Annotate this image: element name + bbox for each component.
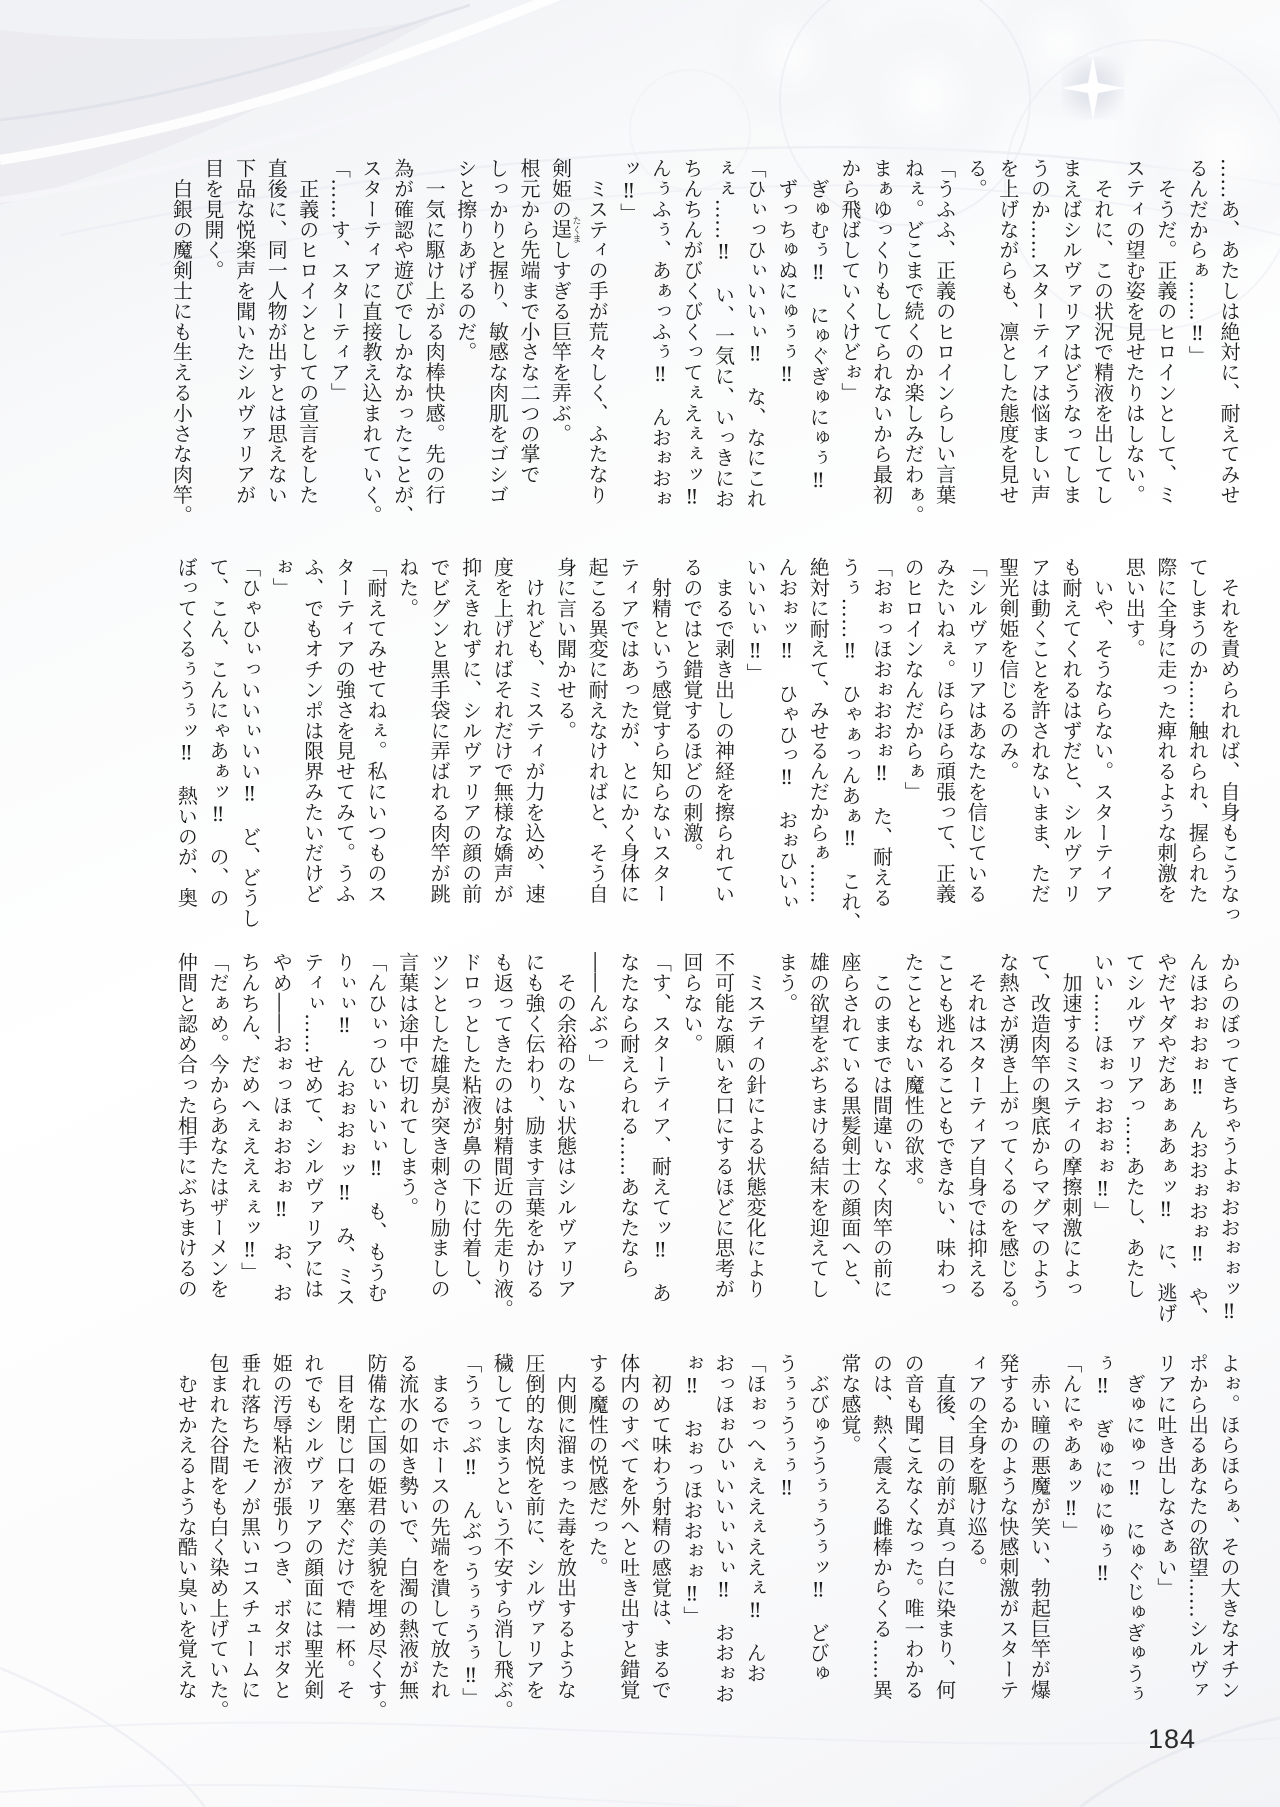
text-column: 度を上げればそれだけで無様な嬌声が	[486, 557, 518, 911]
text-column: 身に言い聞かせる。	[549, 557, 581, 911]
text-column: を上げながらも、凛とした態度を見せ	[991, 158, 1023, 512]
text-column: 穢してしまうという不安すら消し飛ぶ。	[486, 1353, 518, 1707]
text-column: んおぉッ‼ ひゃひっ‼ おぉひいぃ	[770, 557, 802, 911]
text-column: んほおぉおぉ‼ んおおぉおぉ‼ や、	[1181, 952, 1213, 1306]
text-column: ポから出るあなたの欲望……シルヴァ	[1181, 1353, 1213, 1707]
text-column: にも強く伝わり、励ます言葉をかける	[517, 952, 549, 1306]
text-column: のは、熱く震える雌棒からくる……異	[865, 1353, 897, 1707]
text-column: ツンとした雄臭が突き刺さり励ましの	[423, 952, 455, 1306]
text-column: からのぼってきちゃうよぉおおぉぉッ‼	[1212, 952, 1244, 1306]
text-column: 「……す、スターティア」	[323, 158, 355, 512]
text-column: ミスティの針による状態変化により	[739, 952, 771, 1306]
text-column: 下品な悦楽声を聞いたシルヴァリアが	[228, 158, 260, 512]
text-column: 直後に、同一人物が出すとは思えない	[260, 158, 292, 512]
text-column: ィアの全身を駆け巡る。	[960, 1353, 992, 1707]
text-column: 不可能な願いを口にするほどに思考が	[707, 952, 739, 1306]
text-column: 一気に駆け上がる肉棒快感。先の行	[418, 158, 450, 512]
text-column: 圧倒的な肉悦を前に、シルヴァリアを	[517, 1353, 549, 1707]
page-number: 184	[1148, 1724, 1196, 1755]
text-band-1: ……あ、あたしは絶対に、耐えてみせるんだからぁ……‼」 そうだ。正義のヒロインと…	[140, 158, 1244, 512]
text-column: も返ってきたのは射精間近の先走り液。	[486, 952, 518, 1306]
text-column: たこともない魔性の欲求。	[896, 952, 928, 1306]
text-column: てシルヴァリアっ……あたし、あたし	[1118, 952, 1150, 1306]
text-column: 赤い瞳の悪魔が笑い、勃起巨竿が爆	[1023, 1353, 1055, 1707]
text-column: 射精という感覚すら知らないスター	[644, 557, 676, 911]
text-column: しっかりと握り、敏感な肉肌をゴシゴ	[481, 158, 513, 512]
text-band-4: よぉ。ほらほらぁ、その大きなオチンポから出るあなたの欲望……シルヴァリアに吐き出…	[140, 1353, 1244, 1707]
text-column: 雄の欲望をぶちまける結末を迎えてし	[802, 952, 834, 1306]
text-column: よぉ。ほらほらぁ、その大きなオチン	[1212, 1353, 1244, 1707]
text-column: 白銀の魔剣士にも生える小さな肉竿。	[165, 158, 197, 512]
text-column: 正義のヒロインとしての宣言をした	[291, 158, 323, 512]
text-column: それはスターティア自身では抑える	[960, 952, 992, 1306]
text-column: いや、そうならない。スターティア	[1086, 557, 1118, 911]
text-column: 根元から先端まで小さな二つの掌で	[512, 158, 544, 512]
text-column: する魔性の悦感だった。	[581, 1353, 613, 1707]
text-column: 内側に溜まった毒を放出するような	[549, 1353, 581, 1707]
text-column: る。	[960, 158, 992, 512]
text-column: いい……ほぉっおおぉぉ‼」	[1086, 952, 1118, 1306]
text-column: 常な感覚。	[833, 1353, 865, 1707]
text-column: ちんちんがびくびくってぇえぇぇッ‼	[675, 158, 707, 512]
text-column: その余裕のない状態はシルヴァリア	[549, 952, 581, 1306]
text-column: ぇぇ……‼ い、一気に、いっきにお	[707, 158, 739, 512]
text-column: シと擦りあげるのだ。	[449, 158, 481, 512]
text-column: 垂れ落ちたモノが黒いコスチュームに	[233, 1353, 265, 1707]
text-column: アは動くことを許されないまま、ただ	[1023, 557, 1055, 911]
text-column: ねぇ。どこまで続くのか楽しみだわぁ。	[896, 158, 928, 512]
text-column: 「んひぃっひぃいいぃ‼ も、もうむ	[359, 952, 391, 1306]
text-column: 防備な亡国の姫君の美貌を埋め尽くす。	[359, 1353, 391, 1707]
text-column: 聖光剣姫を信じるのみ。	[991, 557, 1023, 911]
text-column: そうだ。正義のヒロインとして、ミ	[1149, 158, 1181, 512]
text-column: みたいねぇ。ほらほら頑張って、正義	[928, 557, 960, 911]
text-column: まえばシルヴァリアはどうなってしま	[1054, 158, 1086, 512]
text-column: ぉ‼ おぉっほおおぉぉ‼」	[675, 1353, 707, 1707]
text-column: 「んにゃあぁッ‼」	[1054, 1353, 1086, 1707]
text-column: ぶびゅううぅぅうぅッ‼ どびゅ	[802, 1353, 834, 1707]
text-column: ぉ」	[265, 557, 297, 911]
text-column: るんだからぁ……‼」	[1181, 158, 1213, 512]
text-column: 包まれた谷間をも白く染め上げていた。	[201, 1353, 233, 1707]
text-column: 「うぅっぶ‼ んぶっうぅぅうぅ‼」	[454, 1353, 486, 1707]
text-column: スターティアに直接教え込まれていく。	[354, 158, 386, 512]
text-column: 「ほぉっへぇええぇええぇ‼ んお	[739, 1353, 771, 1707]
text-column: な熱さが湧き上がってくるのを感じる。	[991, 952, 1023, 1306]
text-column: まう。	[770, 952, 802, 1306]
text-column: の音も聞こえなくなった。唯一わかる	[896, 1353, 928, 1707]
text-column: てしまうのか……触れられ、握られた	[1181, 557, 1213, 911]
text-column: 起こる異変に耐えなければと、そう自	[581, 557, 613, 911]
text-column: んぅふぅ、あぁっふぅ‼ んおぉおぉ	[644, 158, 676, 512]
text-column: ちんちん、だめへぇええぇぇッ‼」	[233, 952, 265, 1306]
text-column: 「耐えてみせてねぇ。私にいつものス	[359, 557, 391, 911]
text-column: 「ひゃひぃっいいぃいい‼ ど、どうし	[233, 557, 265, 911]
text-column: でビグンと黒手袋に弄ばれる肉竿が跳	[423, 557, 455, 911]
text-column: やだヤダやだあぁぁあぁッ‼ に、逃げ	[1149, 952, 1181, 1306]
text-column: 「シルヴァリアはあなたを信じている	[960, 557, 992, 911]
text-column: ずっちゅぬにゅぅぅ‼	[770, 158, 802, 512]
text-column: 為が確認や遊びでしかなかったことが、	[386, 158, 418, 512]
text-column: 際に全身に走った痺れるような刺激を	[1149, 557, 1181, 911]
text-column: 「だぁめ。今からあなたはザーメンを	[201, 952, 233, 1306]
text-column: 思い出す。	[1118, 557, 1150, 911]
text-column: 体内のすべてを外へと吐き出すと錯覚	[612, 1353, 644, 1707]
text-column: も耐えてくれるはずだと、シルヴァリ	[1054, 557, 1086, 911]
text-column: ぎゅむぅ‼ にゅぐぎゅにゅぅ‼	[802, 158, 834, 512]
text-column: 姫の汚辱粘液が張りつき、ボタボタと	[265, 1353, 297, 1707]
text-column: 抑えきれずに、シルヴァリアの顔の前	[454, 557, 486, 911]
text-column: 「す、スターティア、耐えてッ‼ あ	[644, 952, 676, 1306]
text-column: なたなら耐えられる……あなたなら	[612, 952, 644, 1306]
text-column: て、こん、こんにゃあぁッ‼ の、の	[201, 557, 233, 911]
text-column: りぃぃ‼ んおぉおぉッ‼ み、ミス	[328, 952, 360, 1306]
text-column: 目を閉じ口を塞ぐだけで精一杯。そ	[328, 1353, 360, 1707]
text-column: れでもシルヴァリアの顔面には聖光剣	[296, 1353, 328, 1707]
text-column: いいいぃ‼」	[739, 557, 771, 911]
text-column: ティぃ……せめて、シルヴァリアには	[296, 952, 328, 1306]
text-column: おっほぉひぃいいぃいぃ‼ おおぉお	[707, 1353, 739, 1707]
text-column: 絶対に耐えて、みせるんだからぁ……	[802, 557, 834, 911]
text-column: それに、この状況で精液を出してし	[1086, 158, 1118, 512]
text-column: ドロっとした粘液が鼻の下に付着し、	[454, 952, 486, 1306]
text-column: まるで剥き出しの神経を擦られてい	[707, 557, 739, 911]
text-column: 「ひぃっひぃいいぃ‼ な、なにこれ	[739, 158, 771, 512]
text-column: るのではと錯覚するほどの刺激。	[675, 557, 707, 911]
text-band-3: からのぼってきちゃうよぉおおぉぉッ‼んほおぉおぉ‼ んおおぉおぉ‼ や、やだヤダ…	[140, 952, 1244, 1306]
text-column: ねた。	[391, 557, 423, 911]
text-column: ティアではあったが、とにかく身体に	[612, 557, 644, 911]
text-column: る流水の如き勢いで、白濁の熱液が無	[391, 1353, 423, 1707]
text-column: 「うふふ、正義のヒロインらしい言葉	[928, 158, 960, 512]
text-column: ぼってくるぅうぅッ‼ 熱いのが、奥	[170, 557, 202, 911]
text-column: 剣姫の逞たくましすぎる巨竿を弄ぶ。	[544, 158, 581, 512]
text-column: ミスティの手が荒々しく、ふたなり	[581, 158, 613, 512]
text-column: リアに吐き出しなさぁい」	[1149, 1353, 1181, 1707]
text-column: 仲間と認め合った相手にぶちまけるの	[170, 952, 202, 1306]
text-column: うぅ……‼ ひゃぁっんあぁ‼ これ、	[833, 557, 865, 911]
text-column: まるでホースの先端を潰して放たれ	[423, 1353, 455, 1707]
novel-page: { "page": { "number": "184" }, "content"…	[0, 0, 1280, 1807]
text-column: まぁゆっくりもしてられないから最初	[865, 158, 897, 512]
text-column: て、改造肉竿の奥底からマグマのよう	[1023, 952, 1055, 1306]
text-column: 目を見開く。	[196, 158, 228, 512]
text-column: それを責められれば、自身もこうなっ	[1212, 557, 1244, 911]
text-column: 直後、目の前が真っ白に染まり、何	[928, 1353, 960, 1707]
text-column: 「おぉっほおぉおおぉ‼ た、耐える	[865, 557, 897, 911]
text-column: スティの望む姿を見せたりはしない。	[1118, 158, 1150, 512]
text-column: ぅ‼ ぎゅにゅにゅぅ‼	[1086, 1353, 1118, 1707]
text-column: ッ‼」	[612, 158, 644, 512]
text-band-2: それを責められれば、自身もこうなってしまうのか……触れられ、握られた際に全身に走…	[140, 557, 1244, 911]
text-column: ふ、でもオチンポは限界みたいだけど	[296, 557, 328, 911]
text-column: 回らない。	[675, 952, 707, 1306]
text-column: むせかえるような酷い臭いを覚えな	[170, 1353, 202, 1707]
text-column: のヒロインなんだからぁ」	[896, 557, 928, 911]
text-column: けれども、ミスティが力を込め、速	[517, 557, 549, 911]
text-column: ことも逃れることもできない、味わっ	[928, 952, 960, 1306]
text-column: 初めて味わう射精の感覚は、まるで	[644, 1353, 676, 1707]
text-column: 発するかのような快感刺激がスターテ	[991, 1353, 1023, 1707]
text-column: 言葉は途中で切れてしまう。	[391, 952, 423, 1306]
text-column: このままでは間違いなく肉竿の前に	[865, 952, 897, 1306]
text-column: うのか……スターティアは悩ましい声	[1023, 158, 1055, 512]
text-column: うぅぅうぅぅ‼	[770, 1353, 802, 1707]
text-column: から飛ばしていくけどぉ」	[833, 158, 865, 512]
text-column: ……あ、あたしは絶対に、耐えてみせ	[1212, 158, 1244, 512]
text-column: ――んぶっ」	[581, 952, 613, 1306]
text-column: やめ――おぉっほぉおおぉ‼ お、お	[265, 952, 297, 1306]
text-column: ぎゅにゅっ‼ にゅぐじゅぎゅうぅ	[1118, 1353, 1150, 1707]
text-column: 座らされている黒髪剣士の顔面へと、	[833, 952, 865, 1306]
text-column: ターティアの強さを見せてみて。うふ	[328, 557, 360, 911]
text-column: 加速するミスティの摩擦刺激によっ	[1054, 952, 1086, 1306]
